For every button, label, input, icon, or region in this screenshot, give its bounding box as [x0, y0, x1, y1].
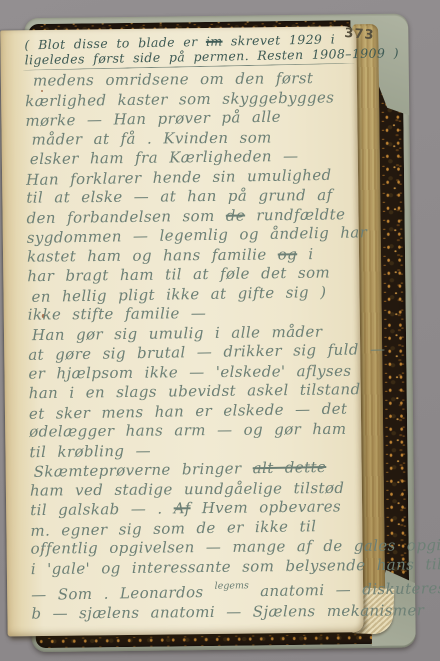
- handwriting-segment: har bragt ham til at føle det som: [27, 264, 330, 286]
- handwriting-segment: anatomi — diskuteres hos: [249, 578, 440, 600]
- handwriting-segment: elsker ham fra Kærligheden —: [30, 147, 299, 168]
- handwriting-segment: ødelægger hans arm — og gør ham: [29, 420, 346, 441]
- struck-word: de: [226, 206, 245, 224]
- handwriting-line: offentlig opgivelsen — mange af de gales…: [31, 537, 361, 559]
- handwriting-line: kastet ham og hans familie og i: [27, 244, 357, 266]
- manuscript-lines: medens omridsene om den førstkærlighed k…: [25, 68, 362, 624]
- handwriting-segment: offentlig opgivelsen — mange af de gales…: [31, 536, 440, 558]
- annotation-lines: ( Blot disse to blade er im skrevet 1929…: [24, 32, 354, 66]
- handwriting-segment: i: [297, 245, 314, 263]
- handwriting-line: ødelægger hans arm — og gør ham: [29, 420, 359, 442]
- handwriting-segment: til krøbling —: [29, 441, 151, 460]
- struck-word: Af: [174, 499, 191, 517]
- handwriting-line: måder at få . Kvinden som: [26, 127, 356, 149]
- handwriting-segment: mørke — Han prøver på alle: [25, 108, 281, 130]
- struck-word: og: [278, 245, 298, 263]
- handwriting-segment: medens omridsene om den først: [33, 69, 314, 89]
- handwriting-segment: legems: [215, 580, 249, 592]
- handwriting-segment: måder at få . Kvinden som: [32, 128, 272, 148]
- handwriting-segment: Han gør sig umulig i alle måder: [32, 322, 323, 344]
- handwriting-segment: kastet ham og hans familie: [27, 245, 278, 265]
- struck-word: im: [206, 34, 223, 49]
- handwriting-segment: den forbandelsen som: [26, 206, 225, 226]
- handwriting-segment: til at elske — at han på grund af: [26, 186, 332, 207]
- handwriting-segment: Hvem opbevares: [190, 497, 341, 517]
- page-number: 373: [344, 26, 379, 44]
- handwriting-segment: er hjælpsom ikke — 'elskede' aflyses: [28, 361, 351, 382]
- handwriting-line: ham ved stadige uundgåelige tilstød: [30, 478, 360, 500]
- handwriting-line: — Som . Leonardos legems anatomi — disku…: [31, 574, 361, 605]
- handwriting-block: ( Blot disse to blade er im skrevet 1929…: [24, 32, 361, 624]
- handwriting-segment: kærlighed kaster som skyggebygges: [25, 88, 334, 110]
- struck-word: alt dette: [253, 458, 327, 477]
- handwriting-segment: b — sjælens anatomi — Sjælens mekanismer: [31, 601, 424, 622]
- handwriting-segment: — Som . Leonardos: [31, 583, 215, 604]
- handwriting-segment: rundfældte: [245, 205, 345, 224]
- handwriting-line: ikke stifte familie —: [28, 303, 358, 325]
- handwriting-segment: ikke stifte familie —: [28, 304, 207, 324]
- handwriting-line: er hjælpsom ikke — 'elskede' aflyses: [28, 361, 358, 383]
- handwriting-line: til at elske — at han på grund af: [26, 186, 356, 208]
- handwriting-segment: Skæmteprøverne bringer: [34, 459, 253, 481]
- handwriting-line: b — sjælens anatomi — Sjælens mekanismer: [31, 601, 361, 623]
- handwriting-segment: til galskab — .: [30, 499, 174, 519]
- handwriting-line: medens omridsene om den først: [25, 69, 355, 91]
- notebook: ( Blot disse to blade er im skrevet 1929…: [0, 14, 416, 655]
- photo-backdrop: { "page_number": "373", "annotation": { …: [0, 0, 440, 661]
- manuscript-page: ( Blot disse to blade er im skrevet 1929…: [0, 26, 363, 636]
- handwriting-segment: ham ved stadige uundgåelige tilstød: [30, 478, 345, 499]
